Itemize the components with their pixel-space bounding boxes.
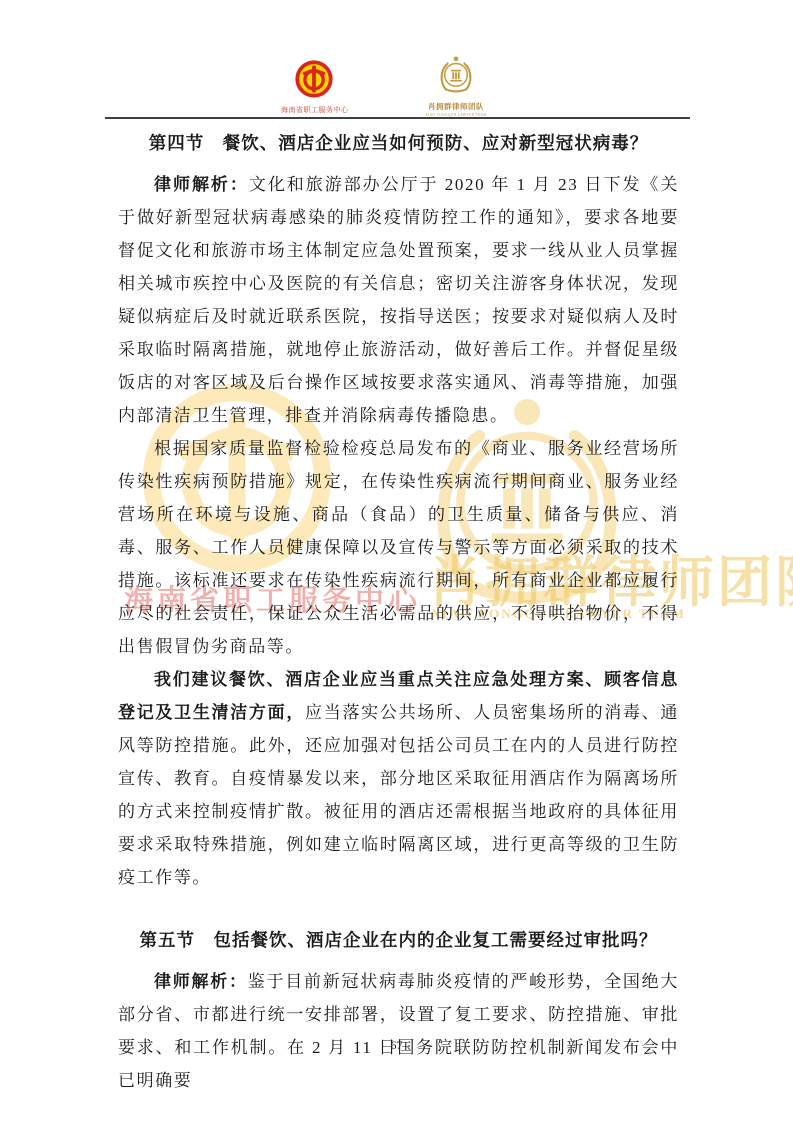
paragraph-text: 应当落实公共场所、人员密集场所的消毒、通风等防控措施。此外，还应加强对包括公司员… bbox=[118, 703, 679, 887]
paragraph: 律师解析：鉴于目前新冠状病毒肺炎疫情的严峻形势，全国绝大部分省、市都进行统一安排… bbox=[118, 965, 679, 1097]
section-5-heading: 第五节 包括餐饮、酒店企业在内的企业复工需要经过审批吗？ bbox=[118, 928, 679, 952]
page-number: 67 bbox=[391, 1038, 403, 1052]
document-body: 第四节 餐饮、酒店企业应当如何预防、应对新型冠状病毒？ 律师解析：文化和旅游部办… bbox=[118, 131, 679, 1097]
paragraph-text: 根据国家质量监督检验检疫总局发布的《商业、服务业经营场所传染性疾病预防措施》规定… bbox=[118, 439, 679, 656]
union-emblem-icon bbox=[295, 60, 333, 98]
paragraph: 我们建议餐饮、酒店企业应当重点关注应急处理方案、顾客信息登记及卫生清洁方面，应当… bbox=[118, 663, 679, 894]
lawyer-team-logo: 肖拥群律师团队 XIAO YONGQUN LAWYER TEAM bbox=[416, 53, 496, 117]
union-logo-caption: 海南省职工服务中心 bbox=[281, 105, 347, 115]
union-logo: 海南省职工服务中心 bbox=[281, 60, 347, 115]
lawyer-team-emblem-icon bbox=[435, 53, 477, 95]
header-divider bbox=[105, 117, 690, 119]
paragraph: 根据国家质量监督检验检疫总局发布的《商业、服务业经营场所传染性疾病预防措施》规定… bbox=[118, 432, 679, 663]
paragraph-lead-bold: 律师解析： bbox=[154, 972, 248, 991]
paragraph: 律师解析：文化和旅游部办公厅于 2020 年 1 月 23 日下发《关于做好新型… bbox=[118, 168, 679, 432]
document-page: 海南省职工服务中心 肖拥群律师团队 XIAO YONGQUN LAWYER TE… bbox=[0, 0, 793, 1122]
lawyer-team-logo-caption: 肖拥群律师团队 bbox=[416, 101, 496, 112]
section-4-heading: 第四节 餐饮、酒店企业应当如何预防、应对新型冠状病毒？ bbox=[118, 131, 679, 155]
paragraph-text: 文化和旅游部办公厅于 2020 年 1 月 23 日下发《关于做好新型冠状病毒感… bbox=[118, 175, 679, 425]
page-footer: 67 bbox=[0, 1038, 793, 1053]
paragraph-lead-bold: 律师解析： bbox=[154, 175, 249, 194]
